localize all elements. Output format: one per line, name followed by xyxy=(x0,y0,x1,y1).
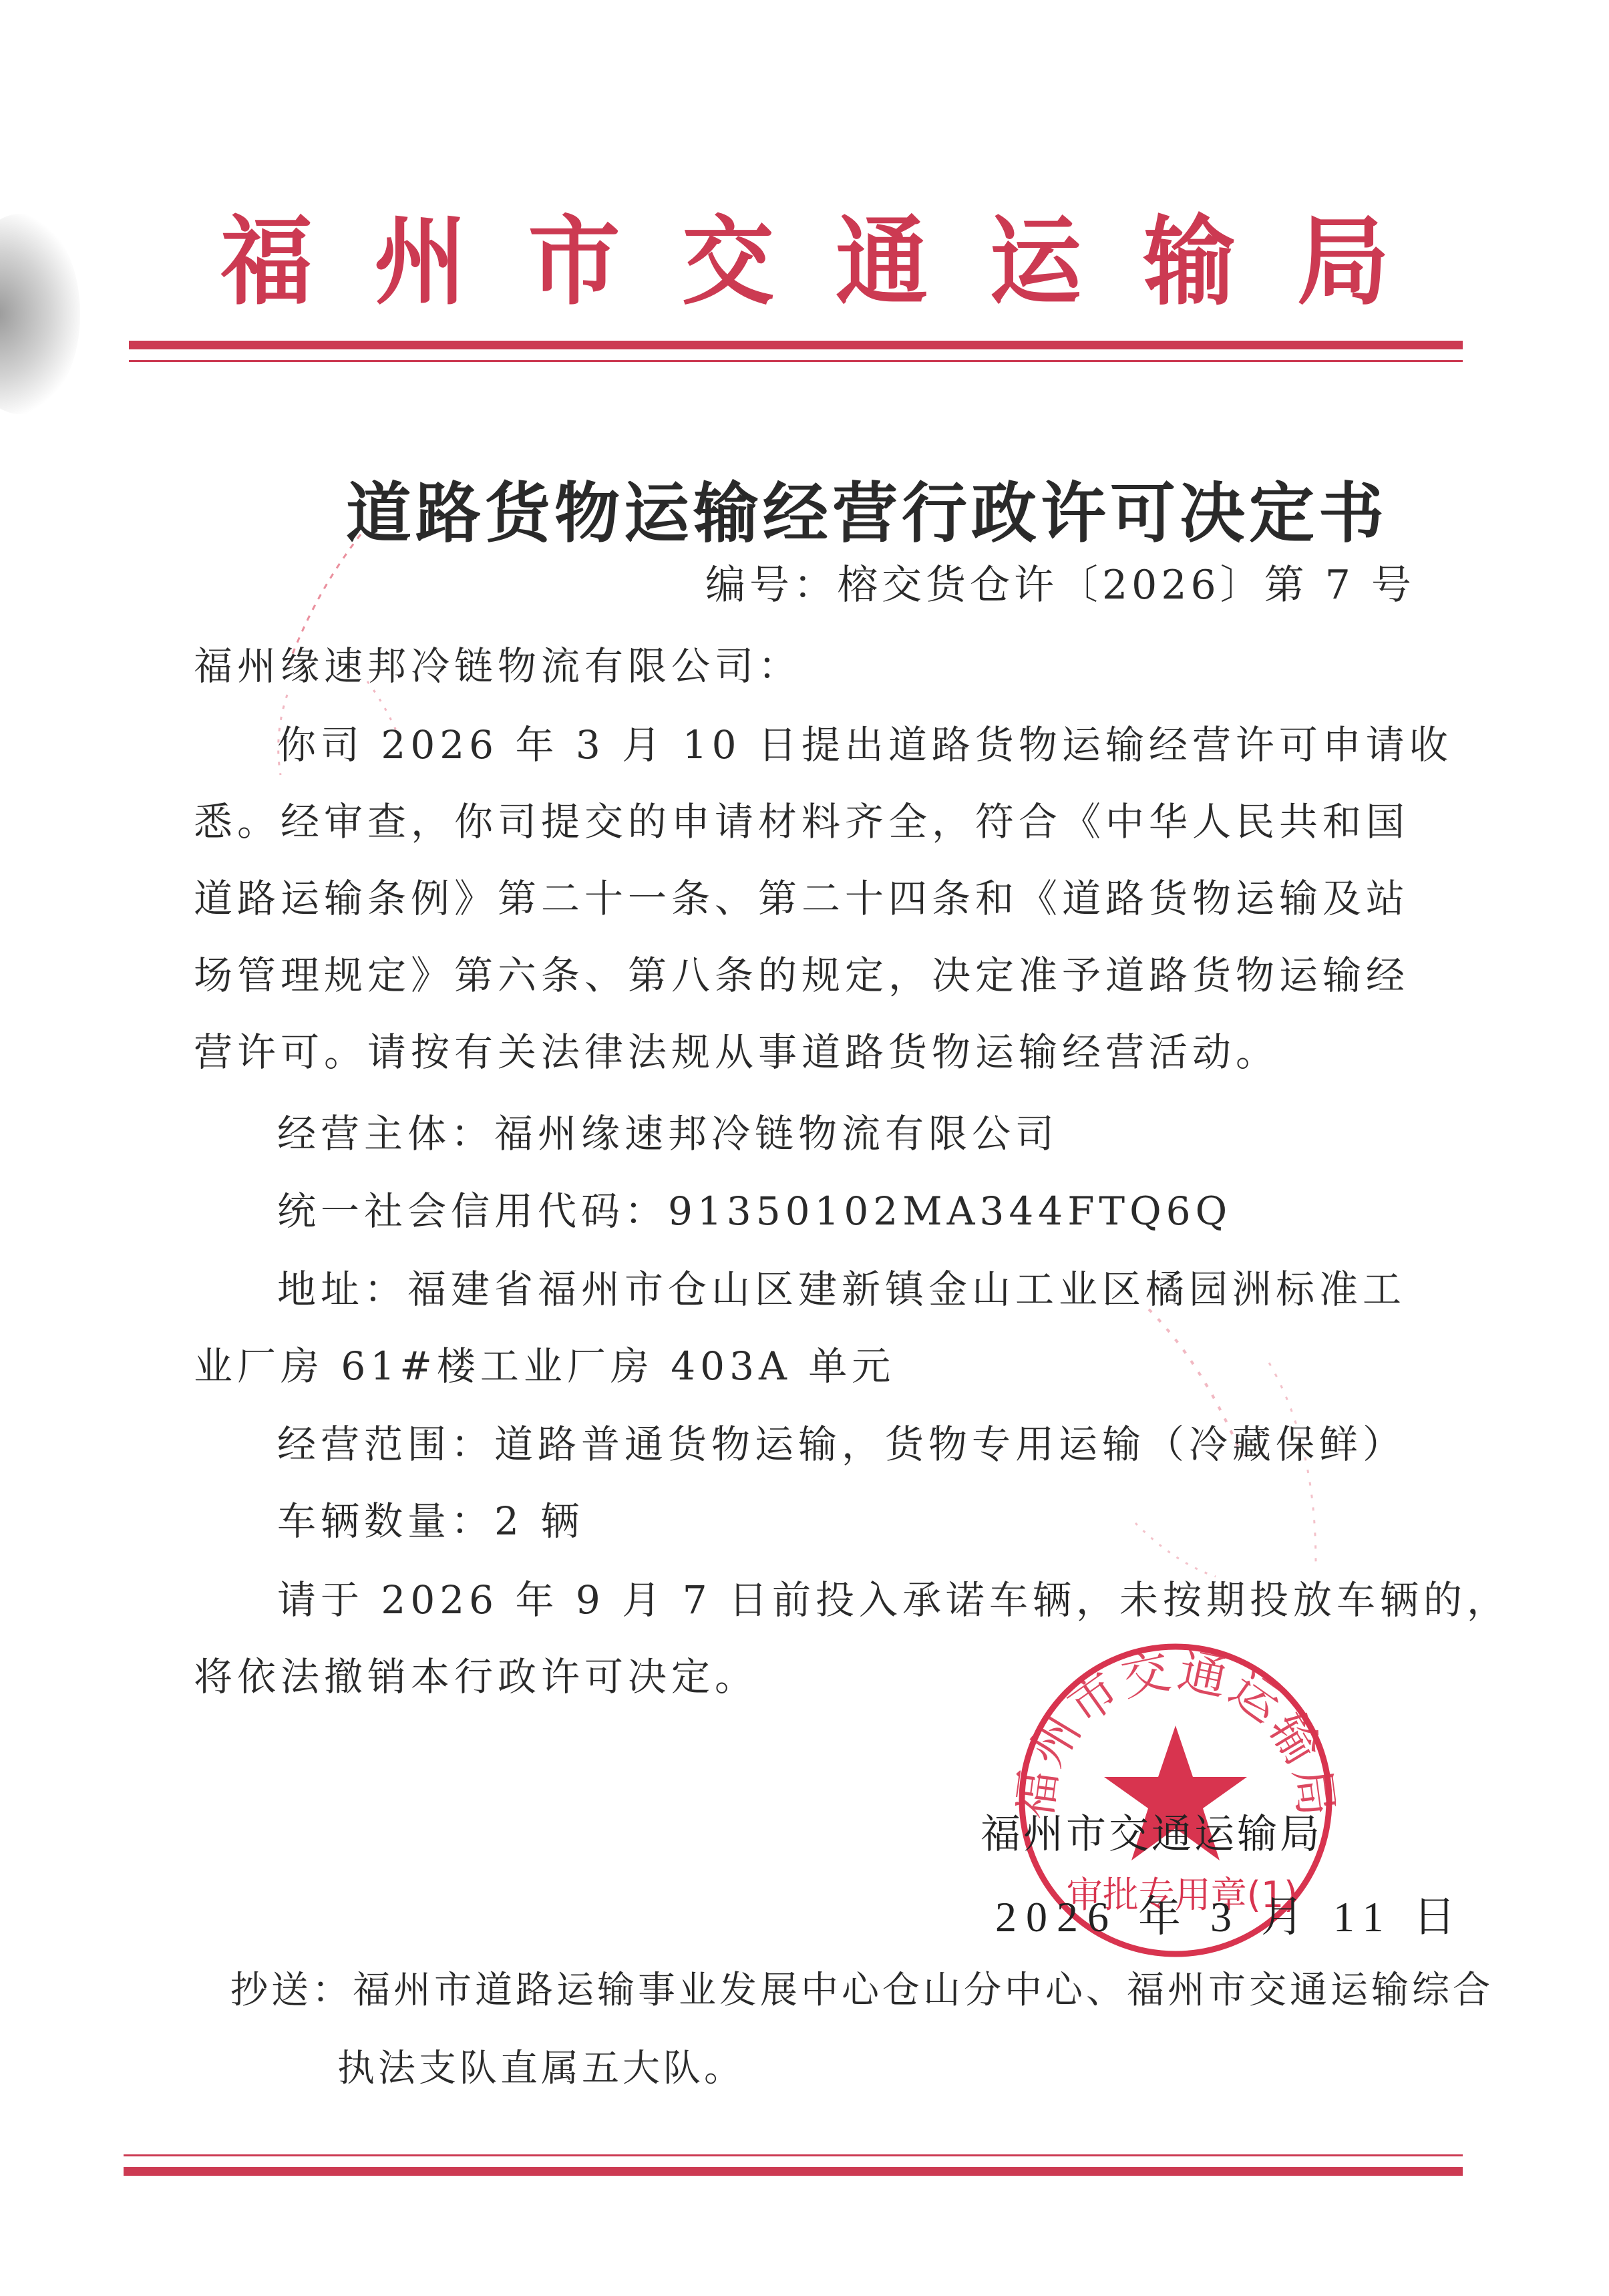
notice-line: 将依法撤销本行政许可决定。 xyxy=(194,1645,758,1701)
letterhead-char: 交 xyxy=(682,184,774,323)
footer-thin-rule xyxy=(124,2154,1463,2156)
notice-line: 请于 2026 年 9 月 7 日前投入承诺车辆，未按期投放车辆的， xyxy=(277,1569,1510,1625)
footer-thick-rule xyxy=(124,2167,1463,2176)
body-line: 悉。经审查，你司提交的申请材料齐全，符合《中华人民共和国 xyxy=(194,790,1409,846)
letterhead-org-name: 福 州 市 交 通 运 输 局 xyxy=(220,200,1389,307)
scan-smudge xyxy=(0,214,80,414)
letterhead-thick-rule xyxy=(129,341,1463,349)
field-address-cont: 业厂房 61#楼工业厂房 403A 单元 xyxy=(194,1335,895,1391)
letterhead-char: 福 xyxy=(220,184,313,323)
salutation: 福州缘速邦冷链物流有限公司： xyxy=(194,635,801,691)
field-vehicle-count: 车辆数量：2 辆 xyxy=(277,1490,584,1546)
field-scope: 经营范围：道路普通货物运输，货物专用运输（冷藏保鲜） xyxy=(277,1413,1406,1469)
body-line: 你司 2026 年 3 月 10 日提出道路货物运输经营许可申请收 xyxy=(277,713,1453,770)
signature-org: 福州市交通运输局 xyxy=(980,1802,1322,1860)
body-line: 道路运输条例》第二十一条、第二十四条和《道路货物运输及站 xyxy=(194,867,1409,923)
document-number: 编号：榕交货仓许〔2026〕第 7 号 xyxy=(705,553,1415,611)
letterhead-char: 输 xyxy=(1143,184,1236,323)
letterhead-char: 市 xyxy=(528,184,620,323)
letterhead-char: 通 xyxy=(836,184,928,323)
field-address: 地址：福建省福州市仓山区建新镇金山工业区橘园洲标准工 xyxy=(277,1258,1406,1314)
cc-line: 抄送：福州市道路运输事业发展中心仓山分中心、福州市交通运输综合 xyxy=(230,1961,1493,2014)
field-entity: 经营主体：福州缘速邦冷链物流有限公司 xyxy=(277,1102,1059,1158)
cc-line: 执法支队直属五大队。 xyxy=(337,2039,745,2092)
body-line: 营许可。请按有关法律法规从事道路货物运输经营活动。 xyxy=(194,1021,1279,1077)
letterhead-char: 运 xyxy=(989,184,1081,323)
letterhead-thin-rule xyxy=(129,360,1463,362)
letterhead-char: 局 xyxy=(1297,184,1389,323)
signature-date: 2026 年 3 月 11 日 xyxy=(995,1882,1465,1944)
letterhead-char: 州 xyxy=(374,184,466,323)
body-line: 场管理规定》第六条、第八条的规定，决定准予道路货物运输经 xyxy=(194,944,1409,1000)
document-title: 道路货物运输经营行政许可决定书 xyxy=(346,461,1388,555)
field-credit-code: 统一社会信用代码：91350102MA344FTQ6Q xyxy=(277,1180,1232,1236)
